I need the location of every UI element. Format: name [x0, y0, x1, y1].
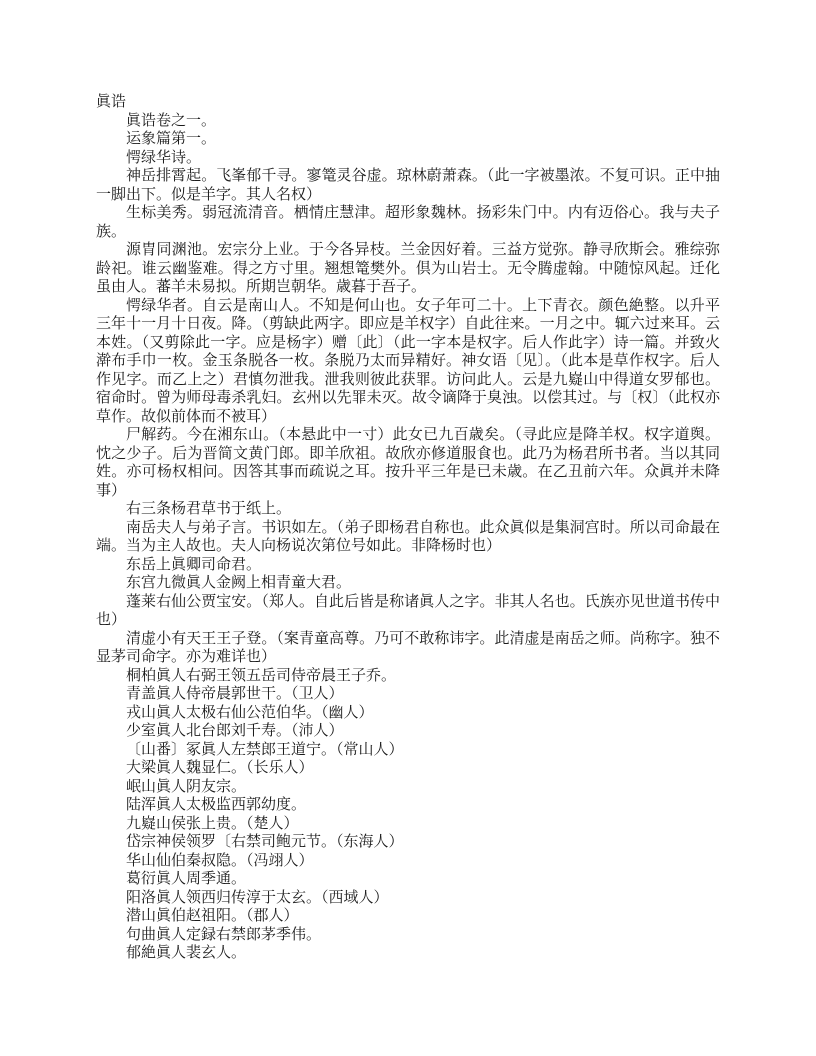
paragraph-poem-title: 愕绿华诗。 — [96, 149, 720, 168]
paragraph: 尸解药。今在湘东山。（本悬此中一寸）此女已九百歳矣。（寻此应是降羊权。权字道舆。… — [96, 426, 720, 500]
paragraph: 岷山眞人阴友宗。 — [96, 778, 720, 797]
paragraph: 葛衍眞人周季通。 — [96, 870, 720, 889]
doc-title: 眞诰 — [96, 93, 720, 112]
paragraph: 陆浑眞人太极监西郭幼度。 — [96, 796, 720, 815]
paragraph: 郁絶眞人裴玄人。 — [96, 944, 720, 963]
paragraph: 大梁眞人魏显仁。（长乐人） — [96, 759, 720, 778]
paragraph: 右三条杨君草书于纸上。 — [96, 500, 720, 519]
paragraph: 桐柏眞人右弼王领五岳司侍帝晨王子乔。 — [96, 667, 720, 686]
paragraph: 源胄同渊池。宏宗分上业。于今各异枝。兰金因好着。三益方觉弥。静寻欣斯会。雅综弥龄… — [96, 241, 720, 297]
paragraph-chapter-heading: 运象篇第一。 — [96, 130, 720, 149]
paragraph: 〔山番〕冢眞人左禁郎王道宁。（常山人） — [96, 741, 720, 760]
paragraph: 蓬莱右仙公贾宝安。（郑人。自此后皆是称诸眞人之字。非其人名也。氏族亦见世道书传中… — [96, 593, 720, 630]
paragraph: 生标美秀。弱冠流清音。栖情庄慧津。超形象魏林。扬彩朱门中。内有迈俗心。我与夫子族… — [96, 204, 720, 241]
paragraph: 东宫九微眞人金阙上相青童大君。 — [96, 574, 720, 593]
paragraph: 阳洛眞人领西归传淳于太玄。（西域人） — [96, 889, 720, 908]
paragraph: 戎山眞人太极右仙公范伯华。（幽人） — [96, 704, 720, 723]
paragraph: 潜山眞伯赵祖阳。（郡人） — [96, 907, 720, 926]
paragraph: 清虚小有天王王子登。（案青童高尊。乃可不敢称讳字。此清虚是南岳之师。尚称字。独不… — [96, 630, 720, 667]
paragraph: 愕绿华者。自云是南山人。不知是何山也。女子年可二十。上下青衣。颜色絶整。以升平三… — [96, 297, 720, 427]
paragraph: 神岳排霄起。飞峯郁千寻。寥篭灵谷虚。琼林蔚萧森。（此一字被墨浓。不复可识。正中抽… — [96, 167, 720, 204]
paragraph-volume-heading: 眞诰卷之一。 — [96, 112, 720, 131]
paragraph: 华山仙伯秦叔隐。（冯翊人） — [96, 852, 720, 871]
paragraph: 南岳夫人与弟子言。书识如左。（弟子即杨君自称也。此众眞似是集洞宫时。所以司命最在… — [96, 519, 720, 556]
paragraph: 东岳上眞卿司命君。 — [96, 556, 720, 575]
paragraph: 少室眞人北台郎刘千寿。（沛人） — [96, 722, 720, 741]
document-page: 眞诰 眞诰卷之一。 运象篇第一。 愕绿华诗。 神岳排霄起。飞峯郁千寻。寥篭灵谷虚… — [0, 0, 816, 1056]
paragraph: 岱宗神侯领罗〔右禁司鲍元节。（东海人） — [96, 833, 720, 852]
paragraph: 青盖眞人侍帝晨郭世干。（卫人） — [96, 685, 720, 704]
paragraph: 九嶷山侯张上贵。（楚人） — [96, 815, 720, 834]
paragraph: 句曲眞人定録右禁郎茅季伟。 — [96, 926, 720, 945]
